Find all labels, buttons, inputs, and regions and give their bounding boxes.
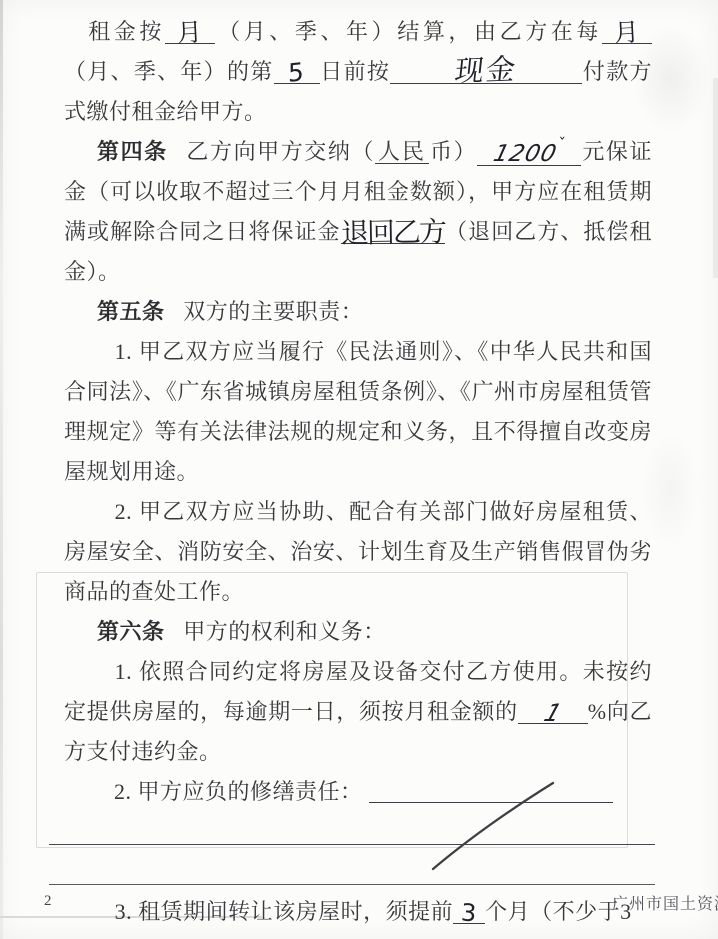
fill-in-blank-pay-period: 月 [602, 20, 652, 44]
page-number: 2 [44, 891, 52, 911]
text-run: 日前按 [320, 59, 391, 84]
fill-in-blank-payment-method: 现金 [390, 58, 582, 84]
text-run: 租金按 [88, 19, 165, 44]
handwritten-penalty-percent: 1 [539, 702, 566, 724]
article-4-heading: 第四条 [97, 139, 168, 164]
article-6-heading-line: 第六条甲方的权利和义务： [64, 612, 652, 652]
handwritten-period-2: 月 [614, 21, 641, 44]
article-5-subtitle: 双方的主要职责： [183, 299, 363, 324]
text-run: 3. 租赁期间转让该房屋时，须提前 [115, 899, 454, 924]
fill-in-blank-settle-period: 月 [165, 20, 215, 44]
article-5-heading: 第五条 [97, 299, 165, 324]
handwritten-notice-months: 3 [460, 901, 477, 924]
scanned-contract-page: 租金按月（月、季、年）结算，由乙方在每月（月、季、年）的第5日前按现金付款方式缴… [0, 0, 718, 939]
text-run: （月、季、年）结算，由乙方在每 [215, 19, 602, 44]
fill-in-blank-currency: 人民 [375, 141, 429, 164]
article-4-paragraph: 第四条乙方向甲方交纳（人民币）1200ˇ元保证金（可以收取不超过三个月月租金数额… [64, 132, 652, 292]
article-6-item-3: 3. 租赁期间转让该房屋时，须提前3个月（不少于3 [64, 892, 652, 932]
fill-in-blank-deposit-handling: 退回乙方 [341, 219, 445, 244]
payment-terms-paragraph: 租金按月（月、季、年）结算，由乙方在每月（月、季、年）的第5日前按现金付款方式缴… [64, 12, 652, 132]
handwritten-amount-mark: ˇ [559, 133, 567, 155]
fill-in-blank-day: 5 [274, 60, 320, 84]
handwritten-deposit-handling: 退回乙方 [340, 221, 444, 245]
filled-currency: 人民 [378, 139, 426, 164]
handwritten-period-1: 月 [177, 21, 204, 44]
text-run: 币） [429, 139, 477, 164]
article-5-item-1: 1. 甲乙双方应当履行《民法通则》、《中华人民共和国合同法》、《广东省城镇房屋租… [64, 332, 652, 492]
text-run: （月、季、年）的第 [64, 59, 274, 84]
handwritten-deposit-amount: 1200 [491, 143, 559, 165]
handwritten-day: 5 [288, 61, 304, 85]
fill-in-blank-deposit-amount: 1200ˇ [477, 141, 581, 166]
article-5-item-2: 2. 甲乙双方应当协助、配合有关部门做好房屋租赁、房屋安全、消防安全、治安、计划… [64, 492, 652, 612]
article-6-item-1: 1. 依照合同约定将房屋及设备交付乙方使用。未按约定提供房屋的，每逾期一日，须按… [64, 652, 652, 772]
article-5-heading-line: 第五条双方的主要职责： [64, 292, 652, 332]
repair-responsibility-label: 2. 甲方应负的修缮责任： [64, 772, 363, 812]
handwritten-payment-method: 现金 [454, 58, 519, 82]
article-6-subtitle: 甲方的权利和义务： [183, 619, 386, 644]
footer-watermark: 广州市国土资源 [612, 894, 718, 916]
fill-in-blank-penalty-percent: 1 [518, 700, 588, 724]
fill-in-blank-repair-line-3 [64, 852, 652, 892]
fill-in-blank-repair-line-1 [369, 801, 613, 803]
scan-edge-artifact-left [0, 0, 3, 939]
fill-in-blank-notice-months: 3 [453, 900, 485, 924]
text-run: 乙方向甲方交纳（ [186, 139, 375, 164]
text-run: 个月（不少于3 [485, 899, 632, 924]
article-6-heading: 第六条 [97, 619, 165, 644]
scan-edge-artifact-right [713, 78, 718, 278]
fill-in-blank-repair-line-2 [64, 812, 652, 852]
article-6-item-2: 2. 甲方应负的修缮责任： [64, 772, 652, 812]
repair-responsibility-section: 2. 甲方应负的修缮责任： [64, 772, 652, 892]
contract-body: 租金按月（月、季、年）结算，由乙方在每月（月、季、年）的第5日前按现金付款方式缴… [64, 12, 652, 932]
